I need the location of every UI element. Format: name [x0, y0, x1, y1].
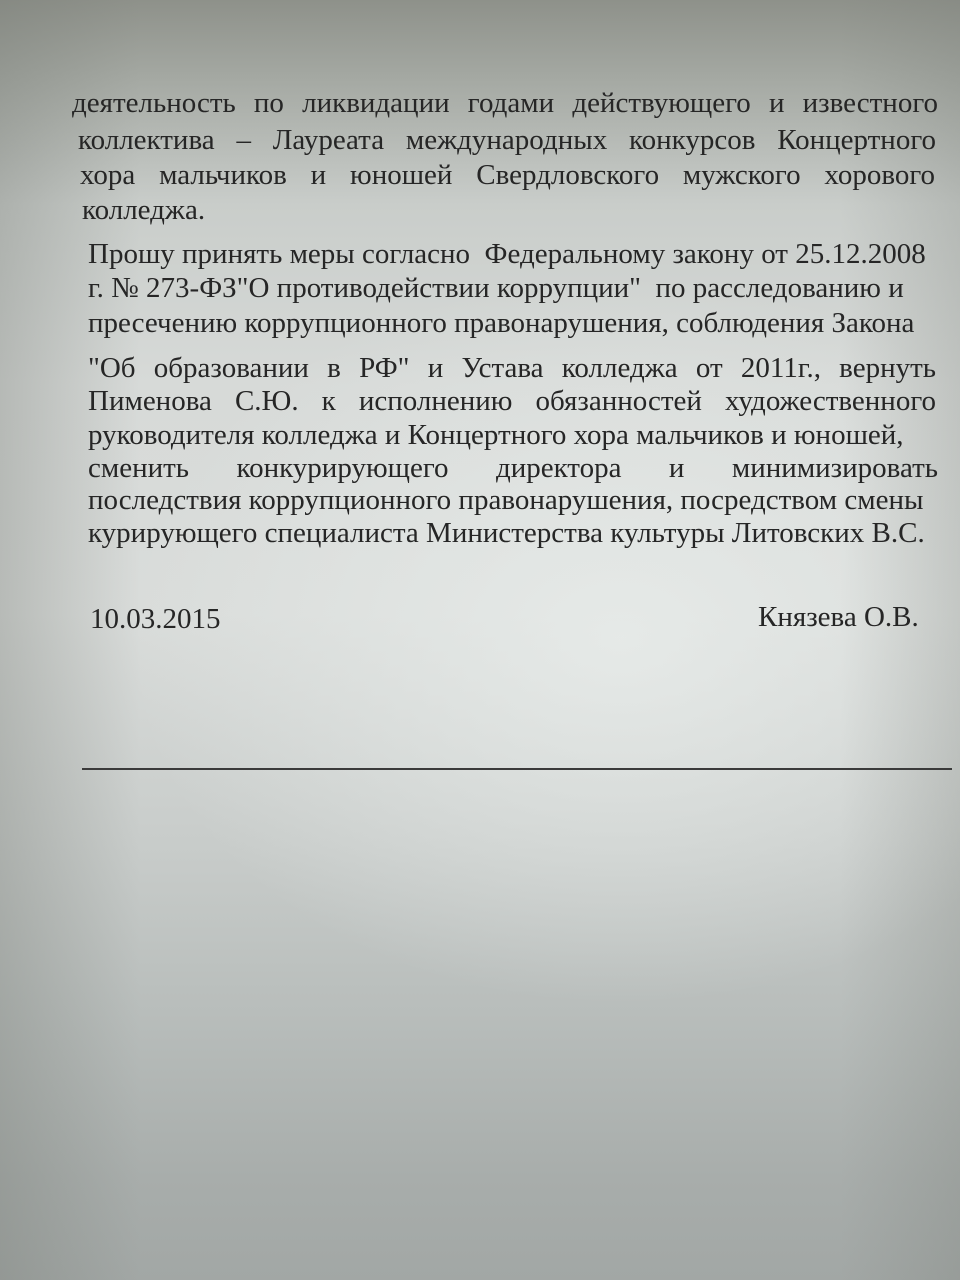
text-line: курирующего специалиста Министерства кул… [88, 516, 925, 550]
signature-date: 10.03.2015 [90, 602, 221, 636]
text-line: Прошу принять меры согласно Федеральному… [88, 237, 926, 271]
text-line: "Об образовании в РФ" и Устава колледжа … [88, 351, 936, 385]
text-line: коллектива – Лауреата международных конк… [78, 123, 936, 157]
text-line: последствия коррупционного правонарушени… [88, 483, 923, 517]
signature-name: Князева О.В. [758, 600, 919, 634]
text-line: Пименова С.Ю. к исполнению обязанностей … [88, 384, 936, 418]
text-line: сменить конкурирующего директора и миним… [88, 451, 938, 485]
text-line: г. № 273-ФЗ"О противодействии коррупции"… [88, 271, 934, 305]
text-line: пресечению коррупционного правонарушения… [88, 306, 914, 340]
text-line: колледжа. [82, 193, 205, 227]
document-page: деятельность по ликвидации годами действ… [0, 0, 960, 1280]
text-line: деятельность по ликвидации годами действ… [72, 86, 938, 120]
horizontal-rule [82, 768, 952, 770]
text-line: хора мальчиков и юношей Свердловского му… [80, 158, 935, 192]
text-line: руководителя колледжа и Концертного хора… [88, 418, 904, 452]
